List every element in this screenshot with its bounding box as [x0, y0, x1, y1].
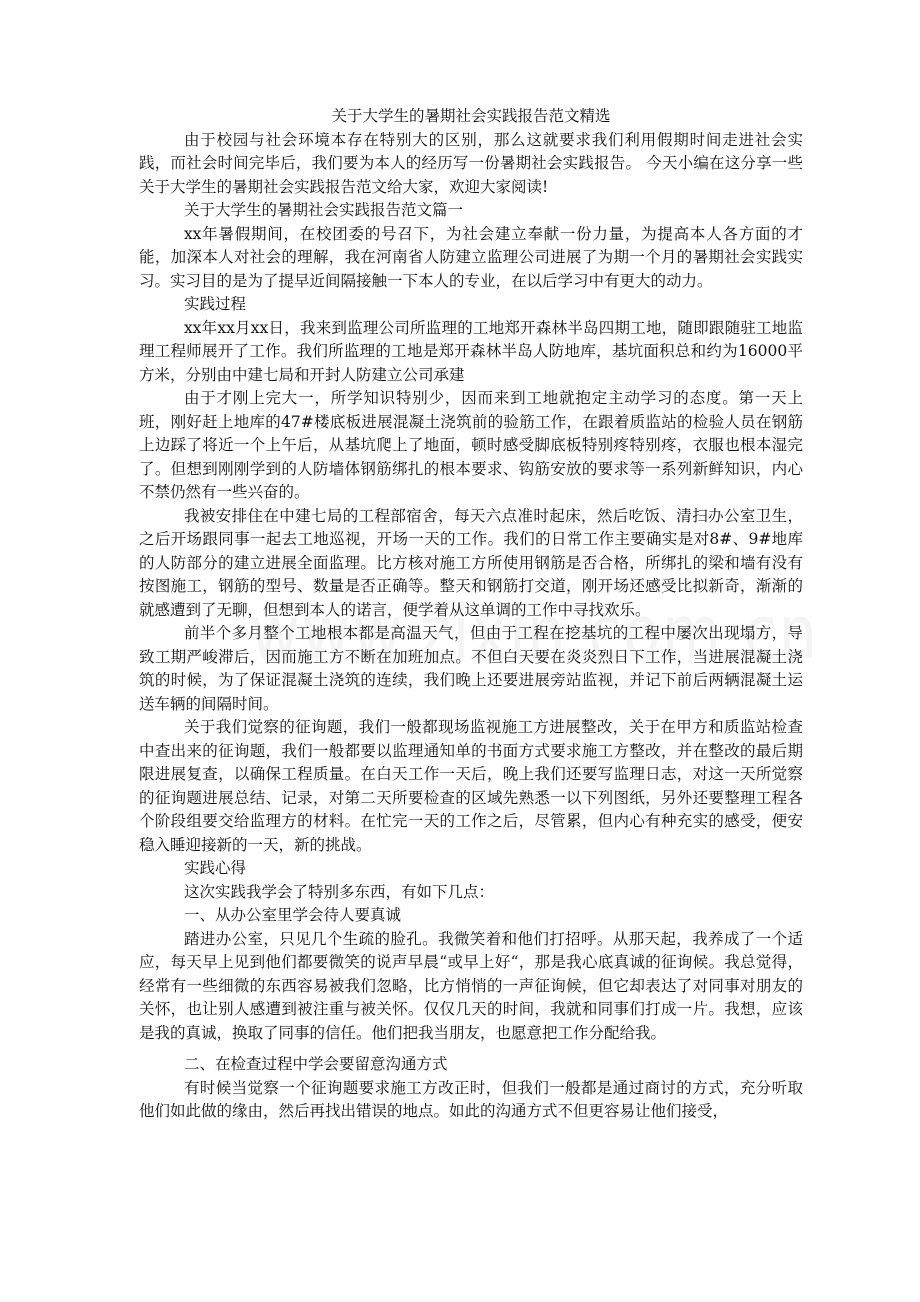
paragraph: 有时候当觉察一个征询题要求施工方改正时，但我们一般都是通过商讨的方式，充分听取他…	[139, 1077, 803, 1124]
paragraph: 前半个多月整个工地根本都是高温天气，但由于工程在挖基坑的工程中屡次出现塌方，导致…	[139, 622, 803, 716]
paragraph: 踏进办公室，只见几个生疏的脸孔。我微笑着和他们打招呼。从那天起，我养成了一个适应…	[139, 928, 803, 1046]
document-page: 关于大学生的暑期社会实践报告范文精选 由于校园与社会环境本存在特别大的区别，那么…	[139, 105, 803, 1124]
paragraph: xx年暑假期间，在校团委的号召下，为社会建立奉献一份力量，为提高本人各方面的才能…	[139, 223, 803, 294]
subheading-point-two: 二、在检查过程中学会要留意沟通方式	[139, 1053, 803, 1077]
paragraph-lead-in: 这次实践我学会了特别多东西，有如下几点：	[139, 881, 803, 905]
paragraph-intro: 由于校园与社会环境本存在特别大的区别，那么这就要求我们利用假期时间走进社会实践，…	[139, 129, 803, 200]
document-title: 关于大学生的暑期社会实践报告范文精选	[139, 105, 803, 129]
paragraph: 由于才刚上完大一，所学知识特别少，因而来到工地就抱定主动学习的态度。第一天上班，…	[139, 387, 803, 505]
paragraph: 关于我们觉察的征询题，我们一般都现场监视施工方进展整改，关于在甲方和质监站检查中…	[139, 716, 803, 857]
paragraph: xx年xx月xx日，我来到监理公司所监理的工地郑开森林半岛四期工地，随即跟随驻工…	[139, 317, 803, 388]
paragraph: 我被安排住在中建七局的工程部宿舍，每天六点准时起床，然后吃饭、清扫办公室卫生，之…	[139, 505, 803, 623]
subheading-point-one: 一、从办公室里学会待人要真诚	[139, 904, 803, 928]
section-heading-practice-reflection: 实践心得	[139, 857, 803, 881]
section-heading-practice-process: 实践过程	[139, 293, 803, 317]
section-heading-sample-one: 关于大学生的暑期社会实践报告范文篇一	[139, 199, 803, 223]
